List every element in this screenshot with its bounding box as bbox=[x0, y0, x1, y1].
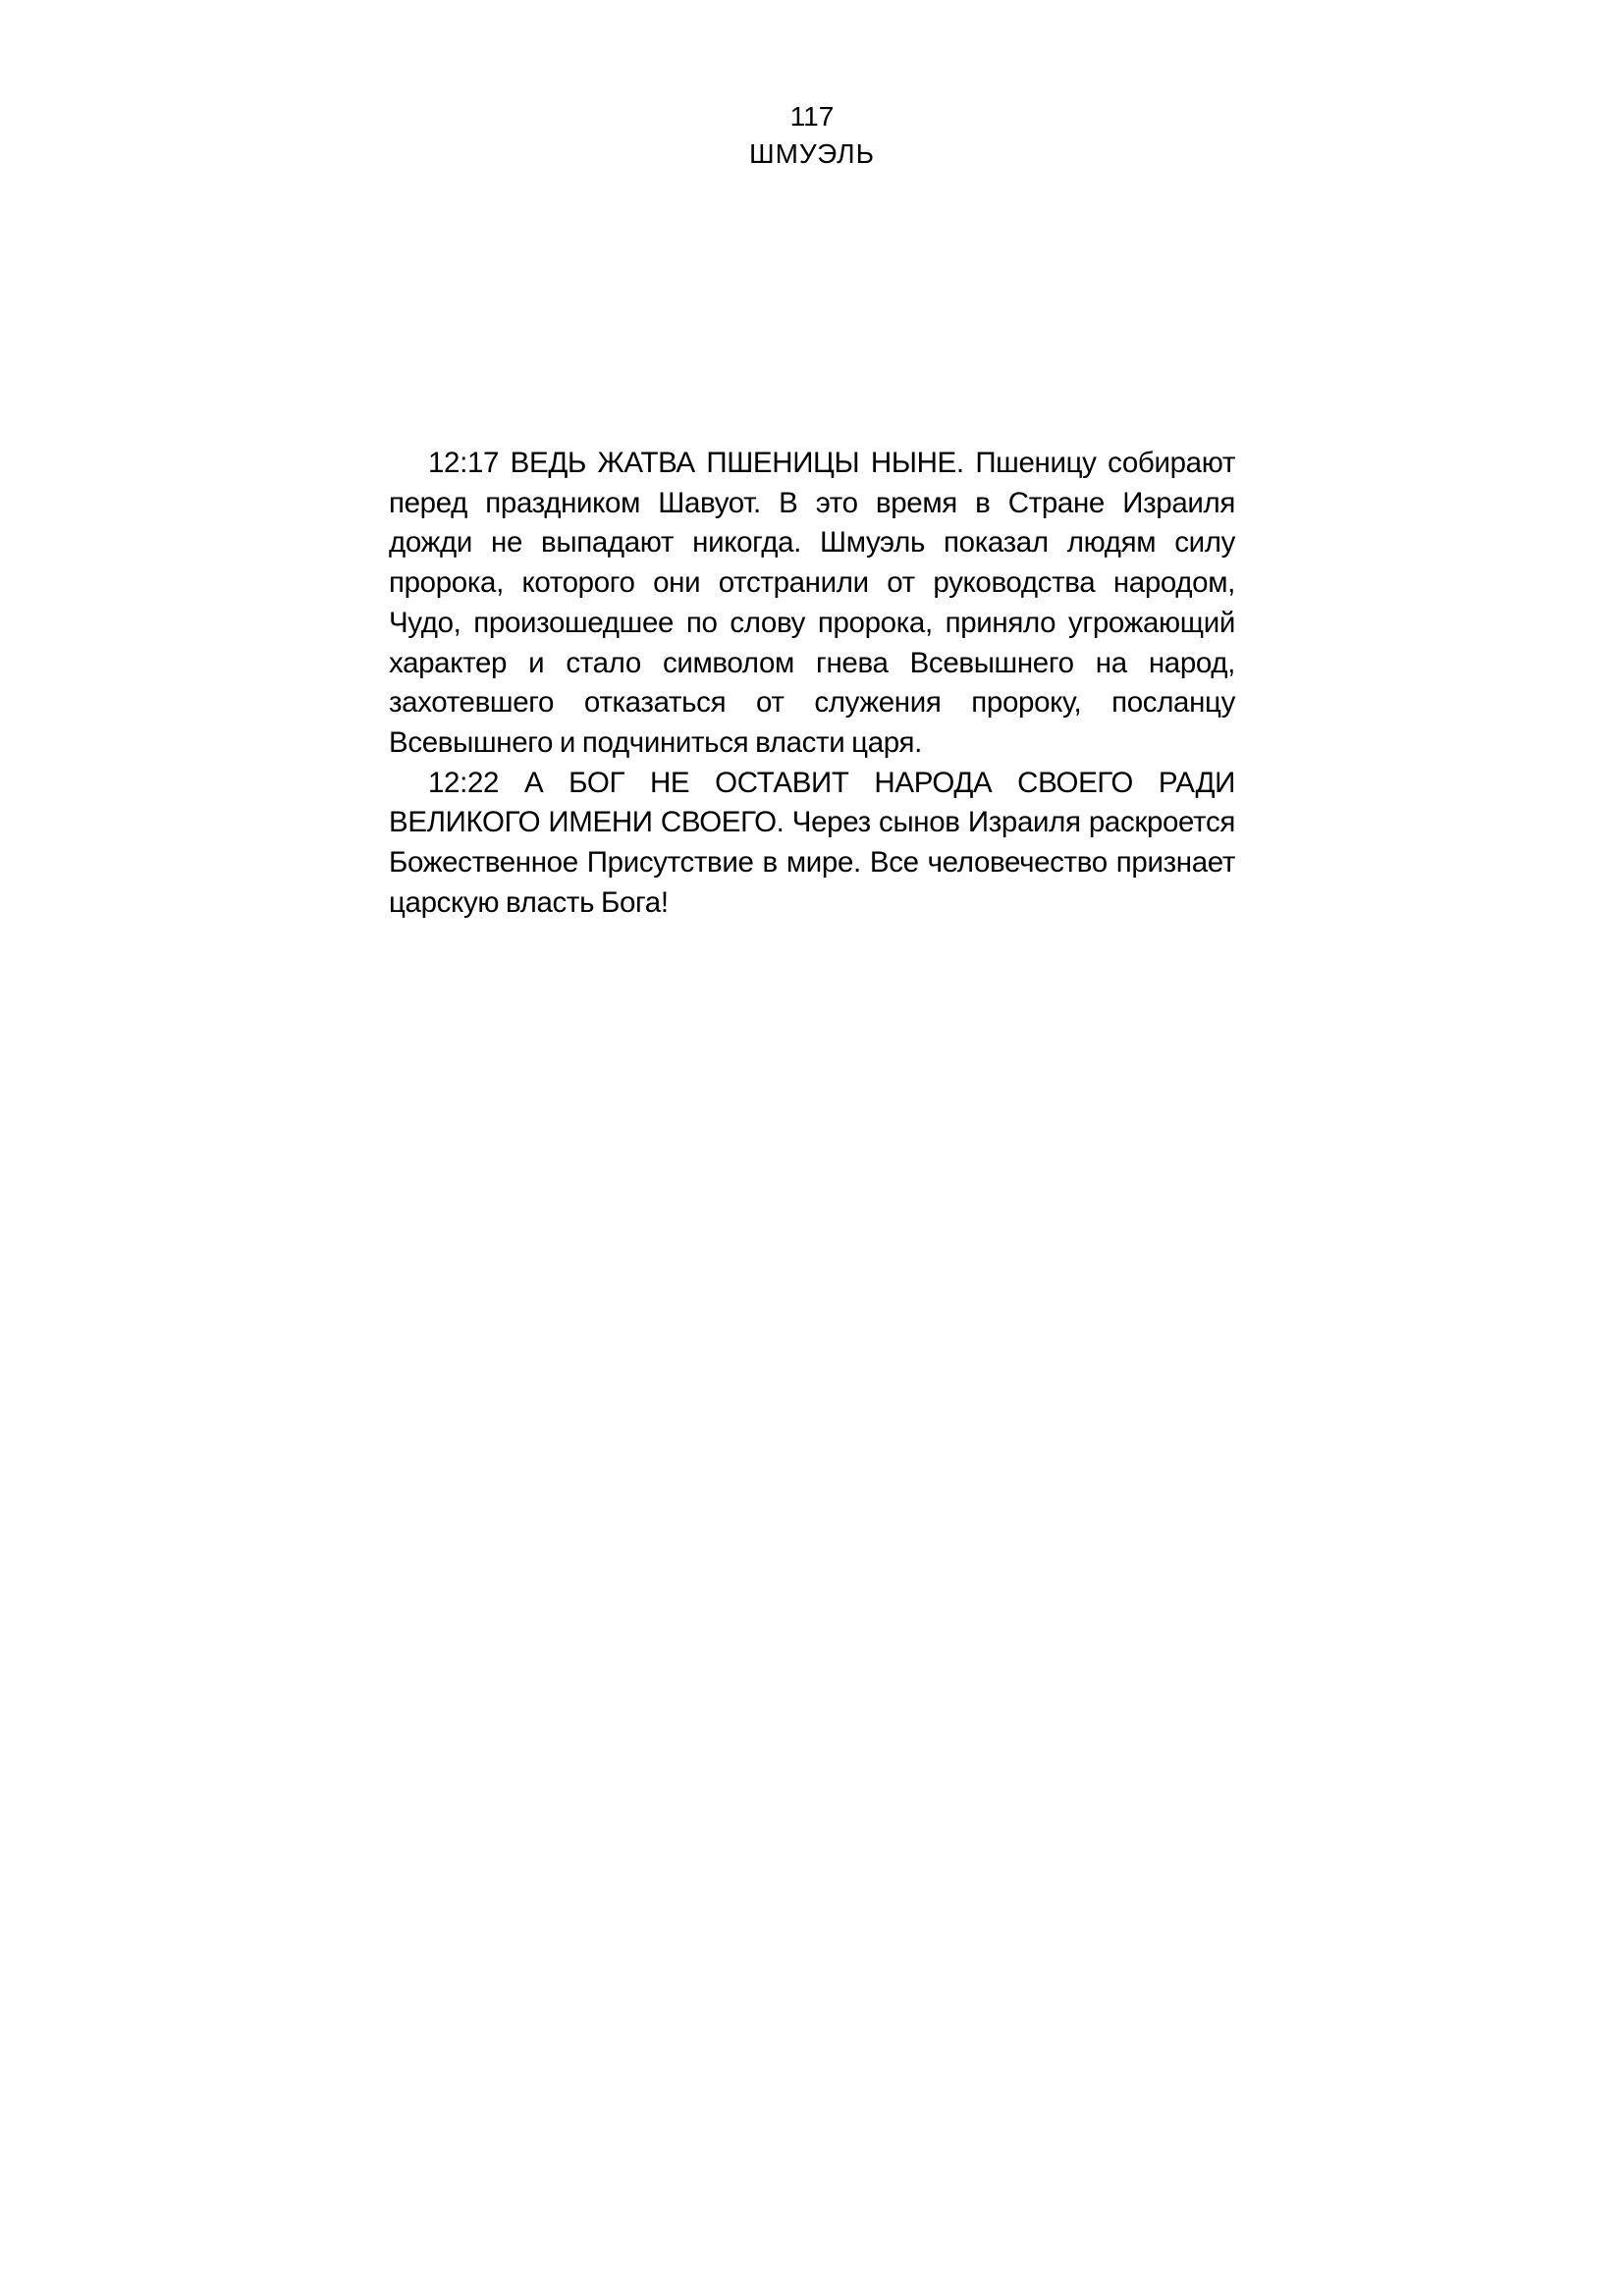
commentary-text: Пшеницу собирают перед праздником Шавуот… bbox=[389, 447, 1235, 759]
verse-reference: 12:22 bbox=[428, 767, 499, 799]
running-title: ШМУЭЛЬ bbox=[0, 135, 1624, 173]
commentary-paragraph: 12:17 ВЕДЬ ЖАТВА ПШЕНИЦЫ НЫНЕ. Пшеницу с… bbox=[389, 444, 1235, 764]
page-header: 117 ШМУЭЛЬ bbox=[0, 98, 1624, 173]
commentary-paragraph: 12:22 А БОГ НЕ ОСТАВИТ НАРОДА СВОЕГО РАД… bbox=[389, 764, 1235, 924]
commentary-body: 12:17 ВЕДЬ ЖАТВА ПШЕНИЦЫ НЫНЕ. Пшеницу с… bbox=[389, 444, 1235, 923]
page-number: 117 bbox=[0, 98, 1624, 135]
verse-reference: 12:17 bbox=[428, 447, 499, 479]
verse-lemma: ВЕДЬ ЖАТВА ПШЕНИЦЫ НЫНЕ. bbox=[511, 447, 964, 479]
